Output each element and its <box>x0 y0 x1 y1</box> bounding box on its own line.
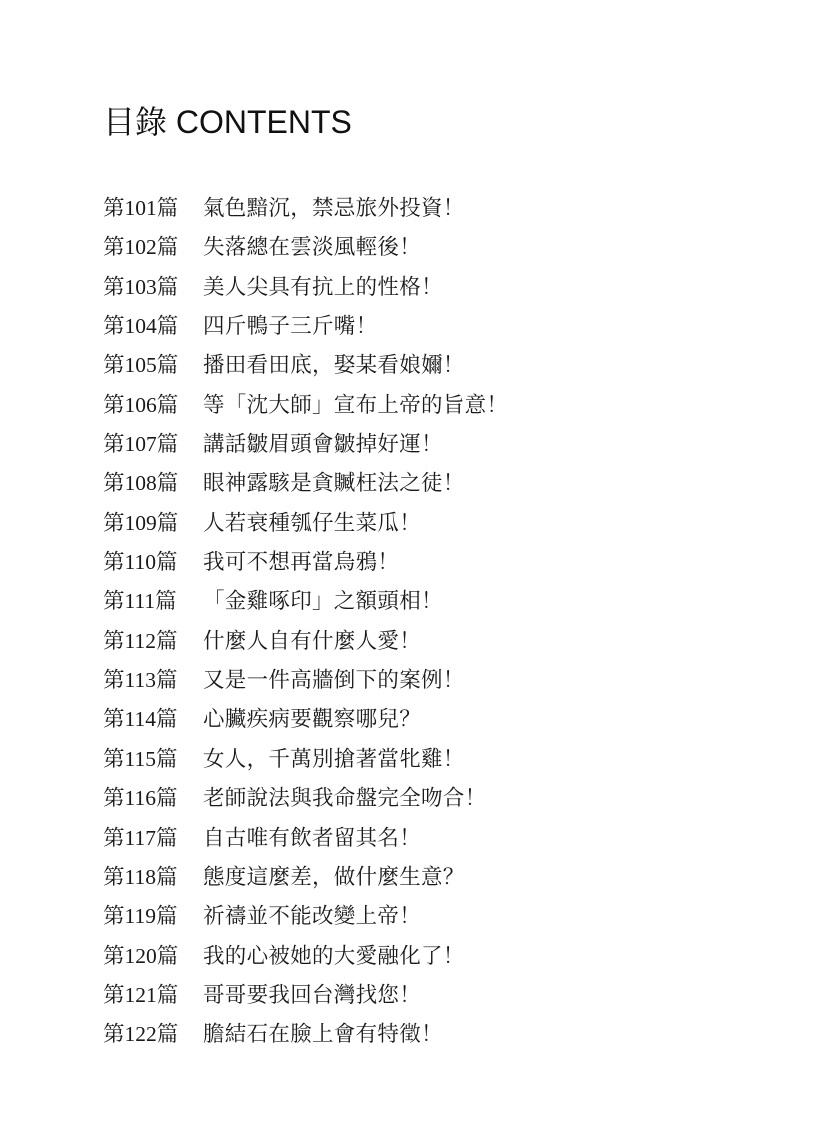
toc-item[interactable]: 第115篇女人，千萬別搶著當牝雞！ <box>103 743 508 782</box>
chapter-number: 第118篇 <box>103 861 203 893</box>
chapter-number: 第110篇 <box>103 546 203 578</box>
toc-item[interactable]: 第108篇眼神露駭是貪贓枉法之徒！ <box>103 467 508 506</box>
toc-item[interactable]: 第103篇美人尖具有抗上的性格！ <box>103 271 508 310</box>
chapter-title: 我的心被她的大愛融化了！ <box>203 940 465 972</box>
toc-item[interactable]: 第106篇等「沈大師」宣布上帝的旨意！ <box>103 389 508 428</box>
chapter-title: 又是一件高牆倒下的案例！ <box>203 664 465 696</box>
chapter-title: 膽結石在臉上會有特徵！ <box>203 1018 443 1050</box>
toc-item[interactable]: 第120篇我的心被她的大愛融化了！ <box>103 940 508 979</box>
chapter-title: 眼神露駭是貪贓枉法之徒！ <box>203 467 465 499</box>
chapter-number: 第117篇 <box>103 822 203 854</box>
chapter-number: 第101篇 <box>103 192 203 224</box>
chapter-title: 哥哥要我回台灣找您！ <box>203 979 421 1011</box>
chapter-title: 美人尖具有抗上的性格！ <box>203 271 443 303</box>
toc-item[interactable]: 第109篇人若衰種瓠仔生菜瓜！ <box>103 507 508 546</box>
chapter-number: 第102篇 <box>103 231 203 263</box>
chapter-number: 第120篇 <box>103 940 203 972</box>
toc-item[interactable]: 第110篇我可不想再當烏鴉！ <box>103 546 508 585</box>
chapter-number: 第114篇 <box>103 703 203 735</box>
toc-item[interactable]: 第119篇祈禱並不能改變上帝！ <box>103 900 508 939</box>
chapter-title: 祈禱並不能改變上帝！ <box>203 900 421 932</box>
chapter-title: 講話皺眉頭會皺掉好運！ <box>203 428 443 460</box>
chapter-title: 我可不想再當烏鴉！ <box>203 546 399 578</box>
page-title: 目錄 CONTENTS <box>103 102 352 142</box>
chapter-number: 第115篇 <box>103 743 203 775</box>
toc-item[interactable]: 第104篇四斤鴨子三斤嘴！ <box>103 310 508 349</box>
chapter-title: 「金雞啄印」之額頭相！ <box>203 585 443 617</box>
table-of-contents: 第101篇氣色黯沉，禁忌旅外投資！ 第102篇失落總在雲淡風輕後！ 第103篇美… <box>103 192 508 1058</box>
toc-item[interactable]: 第111篇「金雞啄印」之額頭相！ <box>103 585 508 624</box>
chapter-number: 第108篇 <box>103 467 203 499</box>
chapter-number: 第109篇 <box>103 507 203 539</box>
chapter-title: 什麼人自有什麼人愛！ <box>203 625 421 657</box>
toc-item[interactable]: 第112篇什麼人自有什麼人愛！ <box>103 625 508 664</box>
chapter-title: 自古唯有飲者留其名！ <box>203 822 421 854</box>
toc-item[interactable]: 第116篇老師說法與我命盤完全吻合！ <box>103 782 508 821</box>
chapter-number: 第113篇 <box>103 664 203 696</box>
toc-item[interactable]: 第117篇自古唯有飲者留其名！ <box>103 822 508 861</box>
toc-item[interactable]: 第101篇氣色黯沉，禁忌旅外投資！ <box>103 192 508 231</box>
chapter-title: 女人，千萬別搶著當牝雞！ <box>203 743 465 775</box>
chapter-number: 第104篇 <box>103 310 203 342</box>
chapter-number: 第107篇 <box>103 428 203 460</box>
chapter-title: 心臟疾病要觀察哪兒？ <box>203 703 421 735</box>
chapter-number: 第112篇 <box>103 625 203 657</box>
chapter-number: 第103篇 <box>103 271 203 303</box>
toc-item[interactable]: 第102篇失落總在雲淡風輕後！ <box>103 231 508 270</box>
chapter-number: 第105篇 <box>103 349 203 381</box>
chapter-number: 第106篇 <box>103 389 203 421</box>
chapter-number: 第116篇 <box>103 782 203 814</box>
toc-item[interactable]: 第107篇講話皺眉頭會皺掉好運！ <box>103 428 508 467</box>
chapter-number: 第122篇 <box>103 1018 203 1050</box>
toc-item[interactable]: 第121篇哥哥要我回台灣找您！ <box>103 979 508 1018</box>
chapter-title: 播田看田底，娶某看娘嬭！ <box>203 349 465 381</box>
toc-item[interactable]: 第118篇態度這麼差，做什麼生意？ <box>103 861 508 900</box>
toc-item[interactable]: 第122篇膽結石在臉上會有特徵！ <box>103 1018 508 1057</box>
chapter-title: 失落總在雲淡風輕後！ <box>203 231 421 263</box>
chapter-title: 四斤鴨子三斤嘴！ <box>203 310 377 342</box>
toc-item[interactable]: 第105篇播田看田底，娶某看娘嬭！ <box>103 349 508 388</box>
chapter-number: 第121篇 <box>103 979 203 1011</box>
chapter-title: 氣色黯沉，禁忌旅外投資！ <box>203 192 465 224</box>
chapter-title: 人若衰種瓠仔生菜瓜！ <box>203 507 421 539</box>
toc-item[interactable]: 第113篇又是一件高牆倒下的案例！ <box>103 664 508 703</box>
chapter-title: 等「沈大師」宣布上帝的旨意！ <box>203 389 508 421</box>
chapter-title: 態度這麼差，做什麼生意？ <box>203 861 465 893</box>
toc-item[interactable]: 第114篇心臟疾病要觀察哪兒？ <box>103 703 508 742</box>
chapter-number: 第111篇 <box>103 585 203 617</box>
chapter-number: 第119篇 <box>103 900 203 932</box>
chapter-title: 老師說法與我命盤完全吻合！ <box>203 782 486 814</box>
